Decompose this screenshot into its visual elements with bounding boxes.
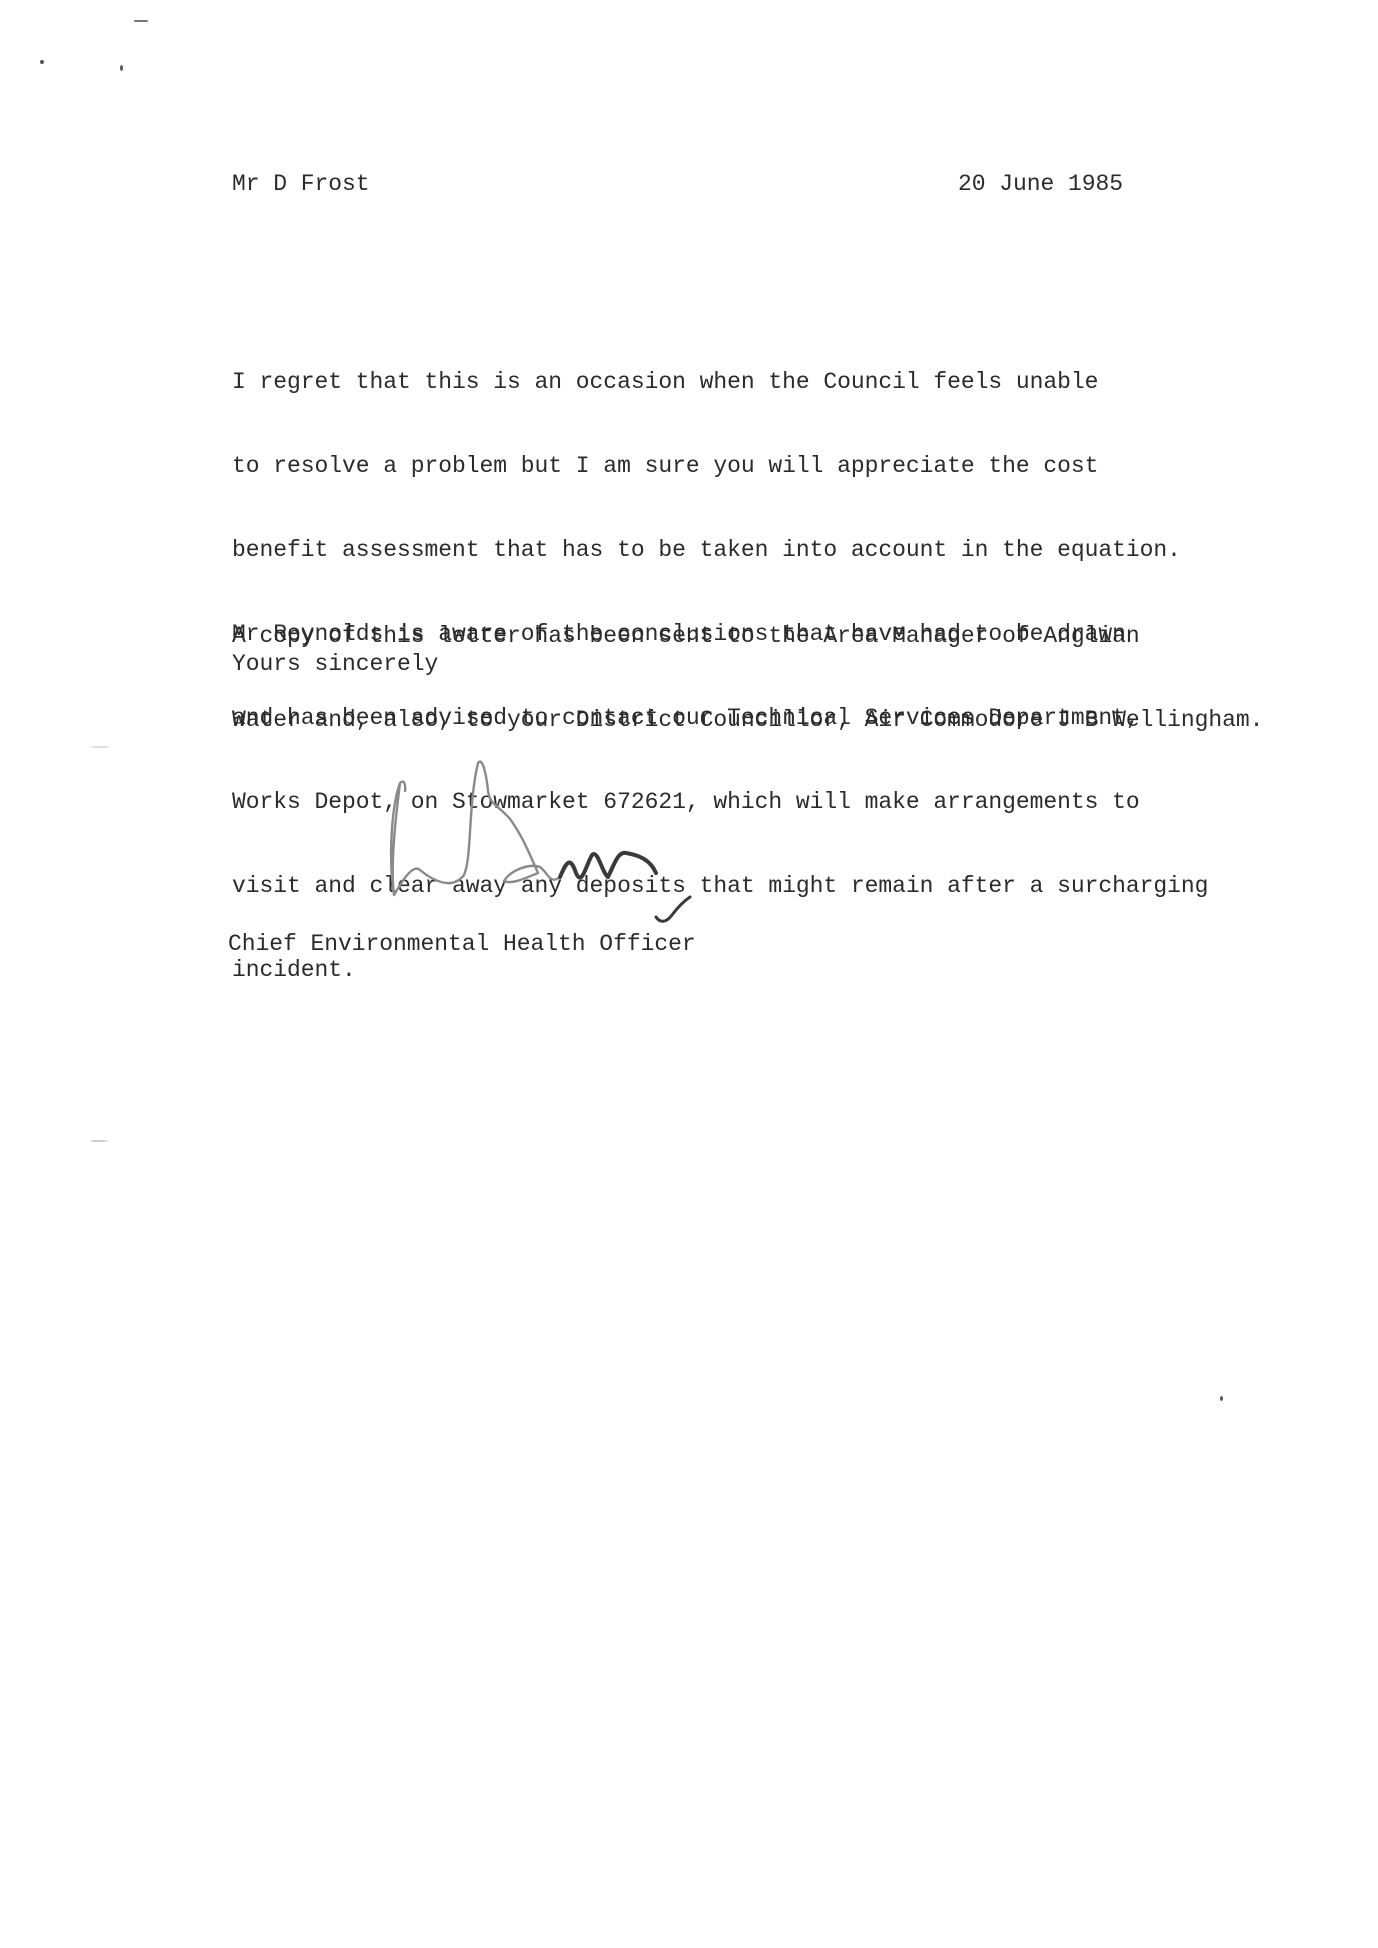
closing-salutation: Yours sincerely	[232, 650, 438, 678]
signature-icon	[360, 745, 700, 925]
scan-speck	[1220, 1396, 1223, 1401]
paragraph-line: incident.	[232, 956, 1208, 984]
letter-date: 20 June 1985	[958, 170, 1123, 198]
paragraph-line: benefit assessment that has to be taken …	[232, 536, 1208, 564]
signatory-title: Chief Environmental Health Officer	[228, 930, 696, 958]
paragraph-line: A copy of this letter has been sent to t…	[232, 622, 1263, 650]
paragraph-line: Water and, also, to your District Counci…	[232, 706, 1263, 734]
paragraph-line: I regret that this is an occasion when t…	[232, 368, 1208, 396]
paragraph-line: to resolve a problem but I am sure you w…	[232, 452, 1208, 480]
scan-speck	[134, 20, 148, 22]
scan-speck	[90, 746, 110, 748]
recipient-name: Mr D Frost	[232, 170, 370, 198]
scan-speck	[90, 1140, 108, 1142]
scan-speck	[40, 60, 44, 64]
scan-speck	[120, 65, 123, 71]
